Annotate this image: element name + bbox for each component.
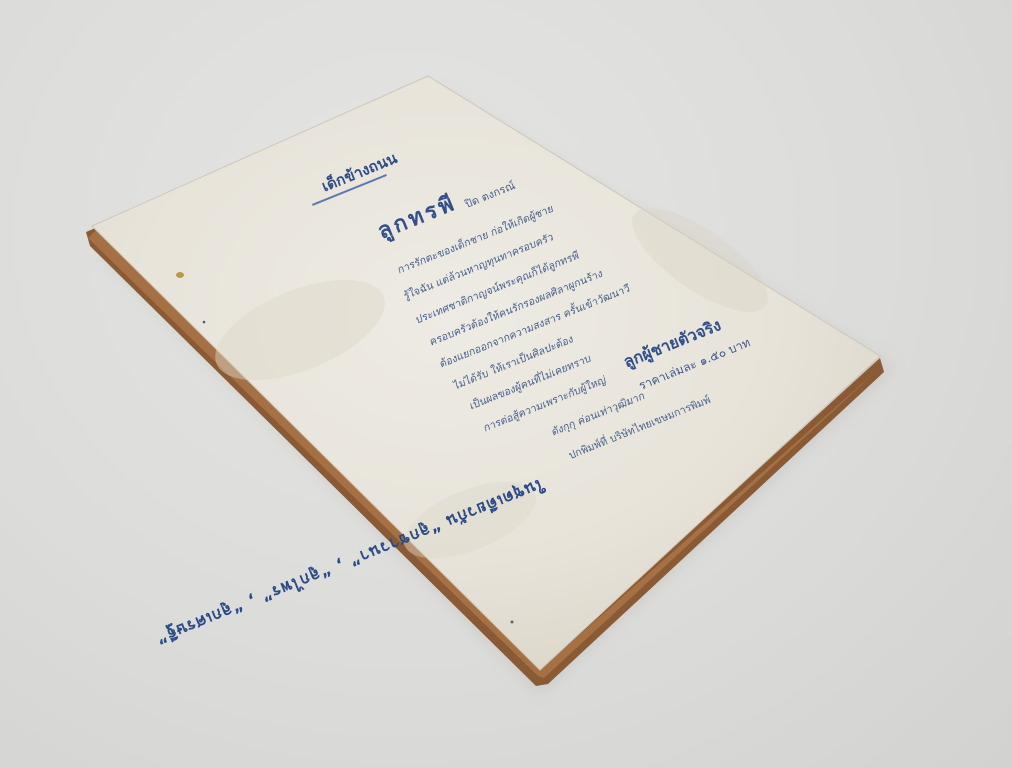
photo-scene: เด็กข้างถนน ลูกทรพี ปิด ตงกรณ์ การรักตะข…	[0, 0, 1012, 768]
